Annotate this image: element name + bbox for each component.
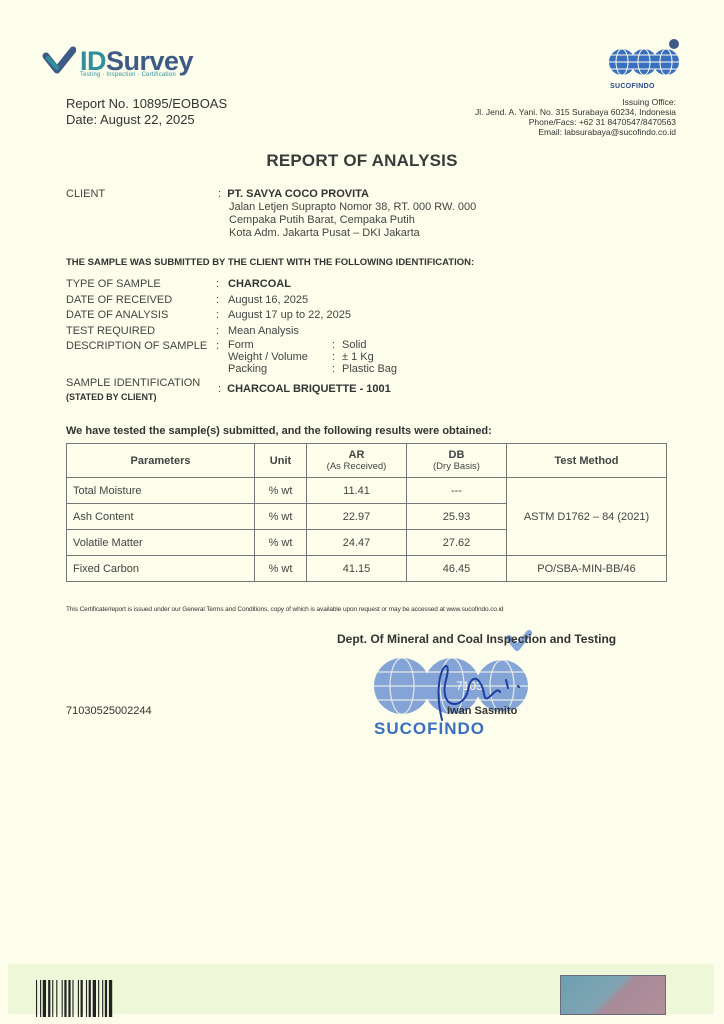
desc-key: Weight / Volume: [228, 351, 332, 363]
header-unit: Unit: [255, 444, 307, 478]
desc-key: Packing: [228, 363, 332, 375]
client-label: CLIENT: [66, 188, 105, 200]
table-header: Parameters Unit AR(As Received) DB(Dry B…: [67, 444, 667, 478]
office-label: Issuing Office:: [475, 97, 676, 107]
header-db: DB(Dry Basis): [407, 444, 507, 478]
method-cell: ASTM D1762 – 84 (2021): [507, 478, 667, 556]
office-address: Jl. Jend. A. Yani. No. 315 Surabaya 6023…: [475, 107, 676, 117]
header-parameters: Parameters: [67, 444, 255, 478]
identification-list: TYPE OF SAMPLE:CHARCOAL DATE OF RECEIVED…: [66, 277, 397, 375]
svg-text:SUCOFINDO: SUCOFINDO: [374, 719, 485, 738]
client-colon: :: [218, 188, 221, 200]
office-phone: Phone/Facs: +62 31 8470547/8470563: [475, 117, 676, 127]
hologram-seal-icon: [560, 975, 666, 1015]
issuing-office: Issuing Office: Jl. Jend. A. Yani. No. 3…: [475, 97, 676, 137]
ident-value: Mean Analysis: [228, 324, 299, 340]
description-label: DESCRIPTION OF SAMPLE: [66, 339, 216, 375]
page-title: REPORT OF ANALYSIS: [0, 151, 724, 171]
sample-id-value: CHARCOAL BRIQUETTE - 1001: [227, 383, 391, 395]
client-info: : PT. SAVYA COCO PROVITA Jalan Letjen Su…: [218, 188, 476, 240]
header-ar: AR(As Received): [307, 444, 407, 478]
ident-value: August 16, 2025: [228, 293, 308, 309]
desc-value: Solid: [342, 339, 397, 351]
signer-name: Iwan Sasmito: [447, 705, 517, 717]
terms-footnote: This Certificate/report is issued under …: [66, 606, 503, 613]
report-meta: Report No. 10895/EOBOAS Date: August 22,…: [66, 96, 227, 128]
client-address-line: Cempaka Putih Barat, Cempaka Putih: [218, 214, 476, 227]
sample-heading: THE SAMPLE WAS SUBMITTED BY THE CLIENT W…: [66, 257, 474, 268]
report-number: Report No. 10895/EOBOAS: [66, 96, 227, 112]
department-name: Dept. Of Mineral and Coal Inspection and…: [337, 632, 616, 646]
sample-identification: SAMPLE IDENTIFICATION (STATED BY CLIENT): [66, 377, 200, 402]
sample-id-sublabel: (STATED BY CLIENT): [66, 392, 200, 402]
client-address-line: Kota Adm. Jakarta Pusat – DKI Jakarta: [218, 227, 476, 240]
sample-id-label: SAMPLE IDENTIFICATION: [66, 377, 200, 389]
table-row: Total Moisture % wt 11.41 --- ASTM D1762…: [67, 478, 667, 504]
description-details: Form:Solid Weight / Volume:± 1 Kg Packin…: [228, 339, 397, 375]
report-date: Date: August 22, 2025: [66, 112, 227, 128]
table-row: Fixed Carbon % wt 41.15 46.45 PO/SBA-MIN…: [67, 556, 667, 582]
results-table: Parameters Unit AR(As Received) DB(Dry B…: [66, 443, 667, 582]
check-shield-icon: [42, 46, 76, 76]
barcode-icon: [36, 980, 138, 1017]
desc-key: Form: [228, 339, 332, 351]
ident-value: CHARCOAL: [228, 277, 291, 293]
ident-row: DATE OF ANALYSIS:August 17 up to 22, 202…: [66, 308, 397, 324]
sample-id-value-wrap: : CHARCOAL BRIQUETTE - 1001: [218, 383, 391, 395]
desc-value: Plastic Bag: [342, 363, 397, 375]
client-address-line: Jalan Letjen Suprapto Nomor 38, RT. 000 …: [218, 201, 476, 214]
ident-label: TEST REQUIRED: [66, 324, 216, 340]
results-intro: We have tested the sample(s) submitted, …: [66, 425, 492, 437]
ident-label: TYPE OF SAMPLE: [66, 277, 216, 293]
issuer-logo-caption: SUCOFINDO: [610, 83, 655, 90]
globe-logo-icon: [604, 38, 684, 88]
serial-number: 71030525002244: [66, 705, 152, 717]
ident-value: August 17 up to 22, 2025: [228, 308, 351, 324]
ident-row: DATE OF RECEIVED:August 16, 2025: [66, 293, 397, 309]
ident-label: DATE OF RECEIVED: [66, 293, 216, 309]
office-email: Email: labsurabaya@sucofindo.co.id: [475, 127, 676, 137]
desc-value: ± 1 Kg: [342, 351, 397, 363]
ident-row: TEST REQUIRED:Mean Analysis: [66, 324, 397, 340]
ident-row: TYPE OF SAMPLE:CHARCOAL: [66, 277, 397, 293]
sucofindo-stamp-icon: 7103 SUCOFINDO: [372, 650, 542, 740]
method-cell: PO/SBA-MIN-BB/46: [507, 556, 667, 582]
description-row: DESCRIPTION OF SAMPLE: Form:Solid Weight…: [66, 339, 397, 375]
ident-label: DATE OF ANALYSIS: [66, 308, 216, 324]
brand-tagline: Testing · Inspection · Certification: [80, 72, 176, 78]
client-name: PT. SAVYA COCO PROVITA: [227, 188, 369, 200]
header-method: Test Method: [507, 444, 667, 478]
